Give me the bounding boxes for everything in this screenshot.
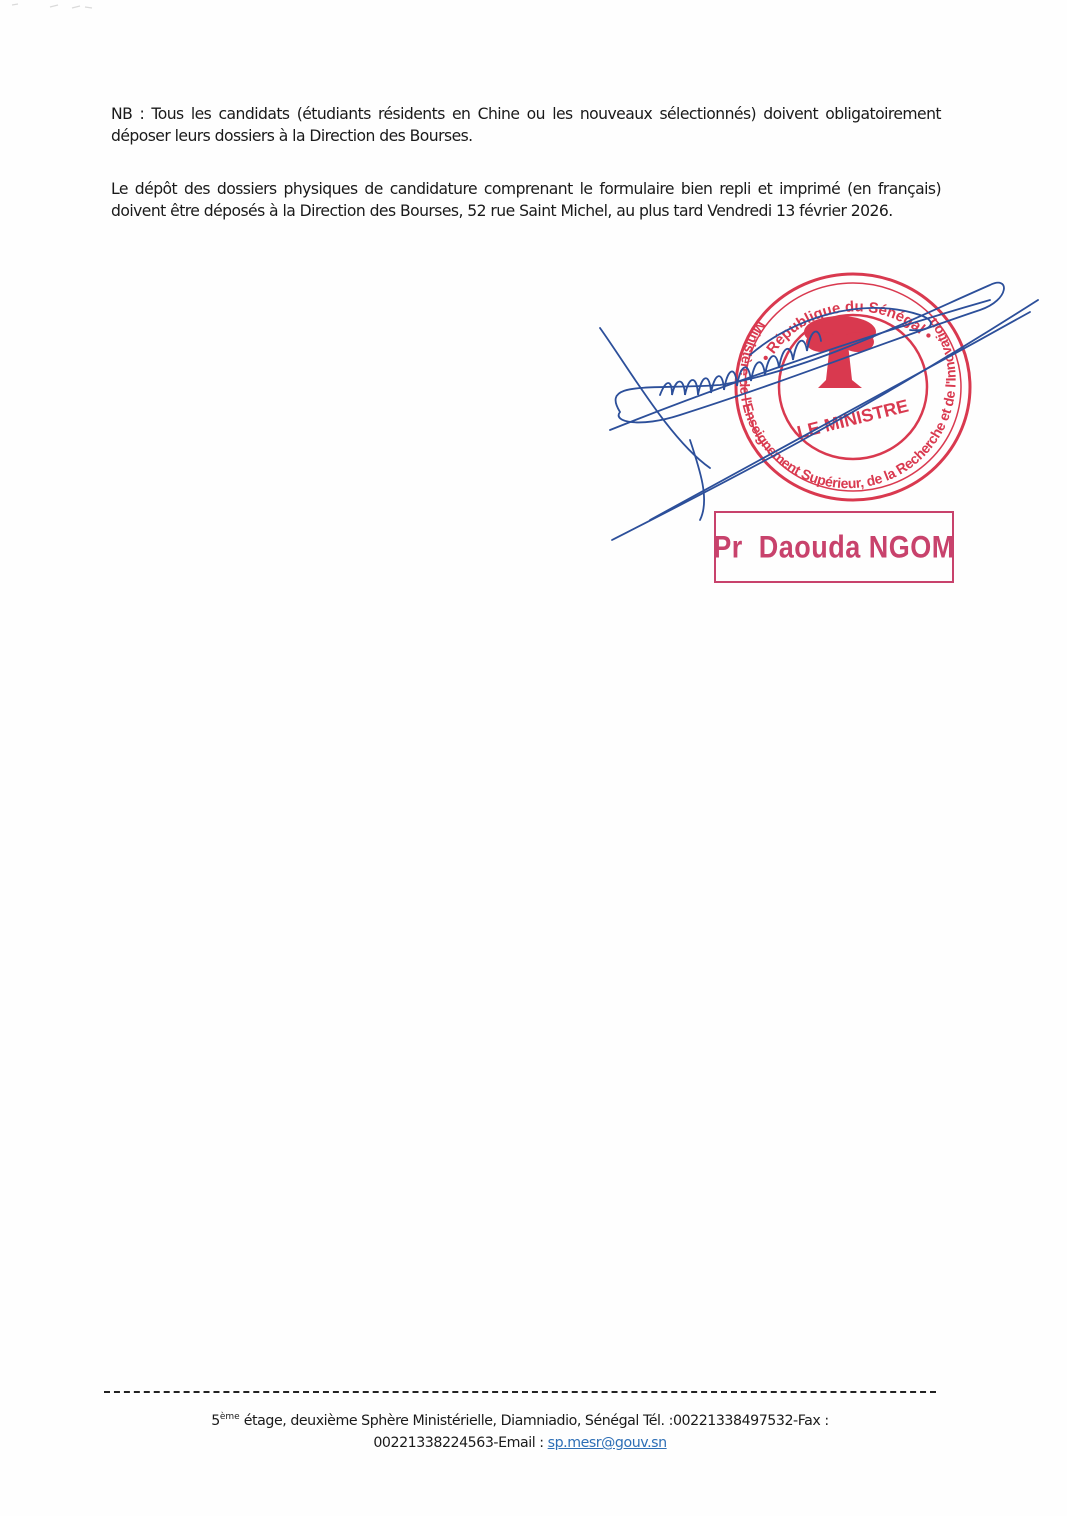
email-link[interactable]: sp.mesr@gouv.sn [548, 1435, 667, 1451]
footer-fax-email-line: 00221338224563-Email : sp.mesr@gouv.sn [104, 1432, 936, 1454]
footer-contact: 5ème étage, deuxième Sphère Ministériell… [104, 1406, 936, 1454]
scan-artifact [10, 2, 100, 12]
footer-address-line: 5ème étage, deuxième Sphère Ministériell… [104, 1406, 936, 1432]
document-page: NB : Tous les candidats (étudiants résid… [0, 0, 1067, 1516]
footer-divider [104, 1391, 936, 1393]
baobab-tree-icon [804, 316, 876, 388]
depot-paragraph: Le dépôt des dossiers physiques de candi… [111, 178, 941, 222]
nb-paragraph: NB : Tous les candidats (étudiants résid… [111, 103, 941, 147]
signatory-name: Pr Daouda NGOM [713, 529, 955, 565]
signatory-name-stamp: Pr Daouda NGOM [714, 511, 954, 583]
